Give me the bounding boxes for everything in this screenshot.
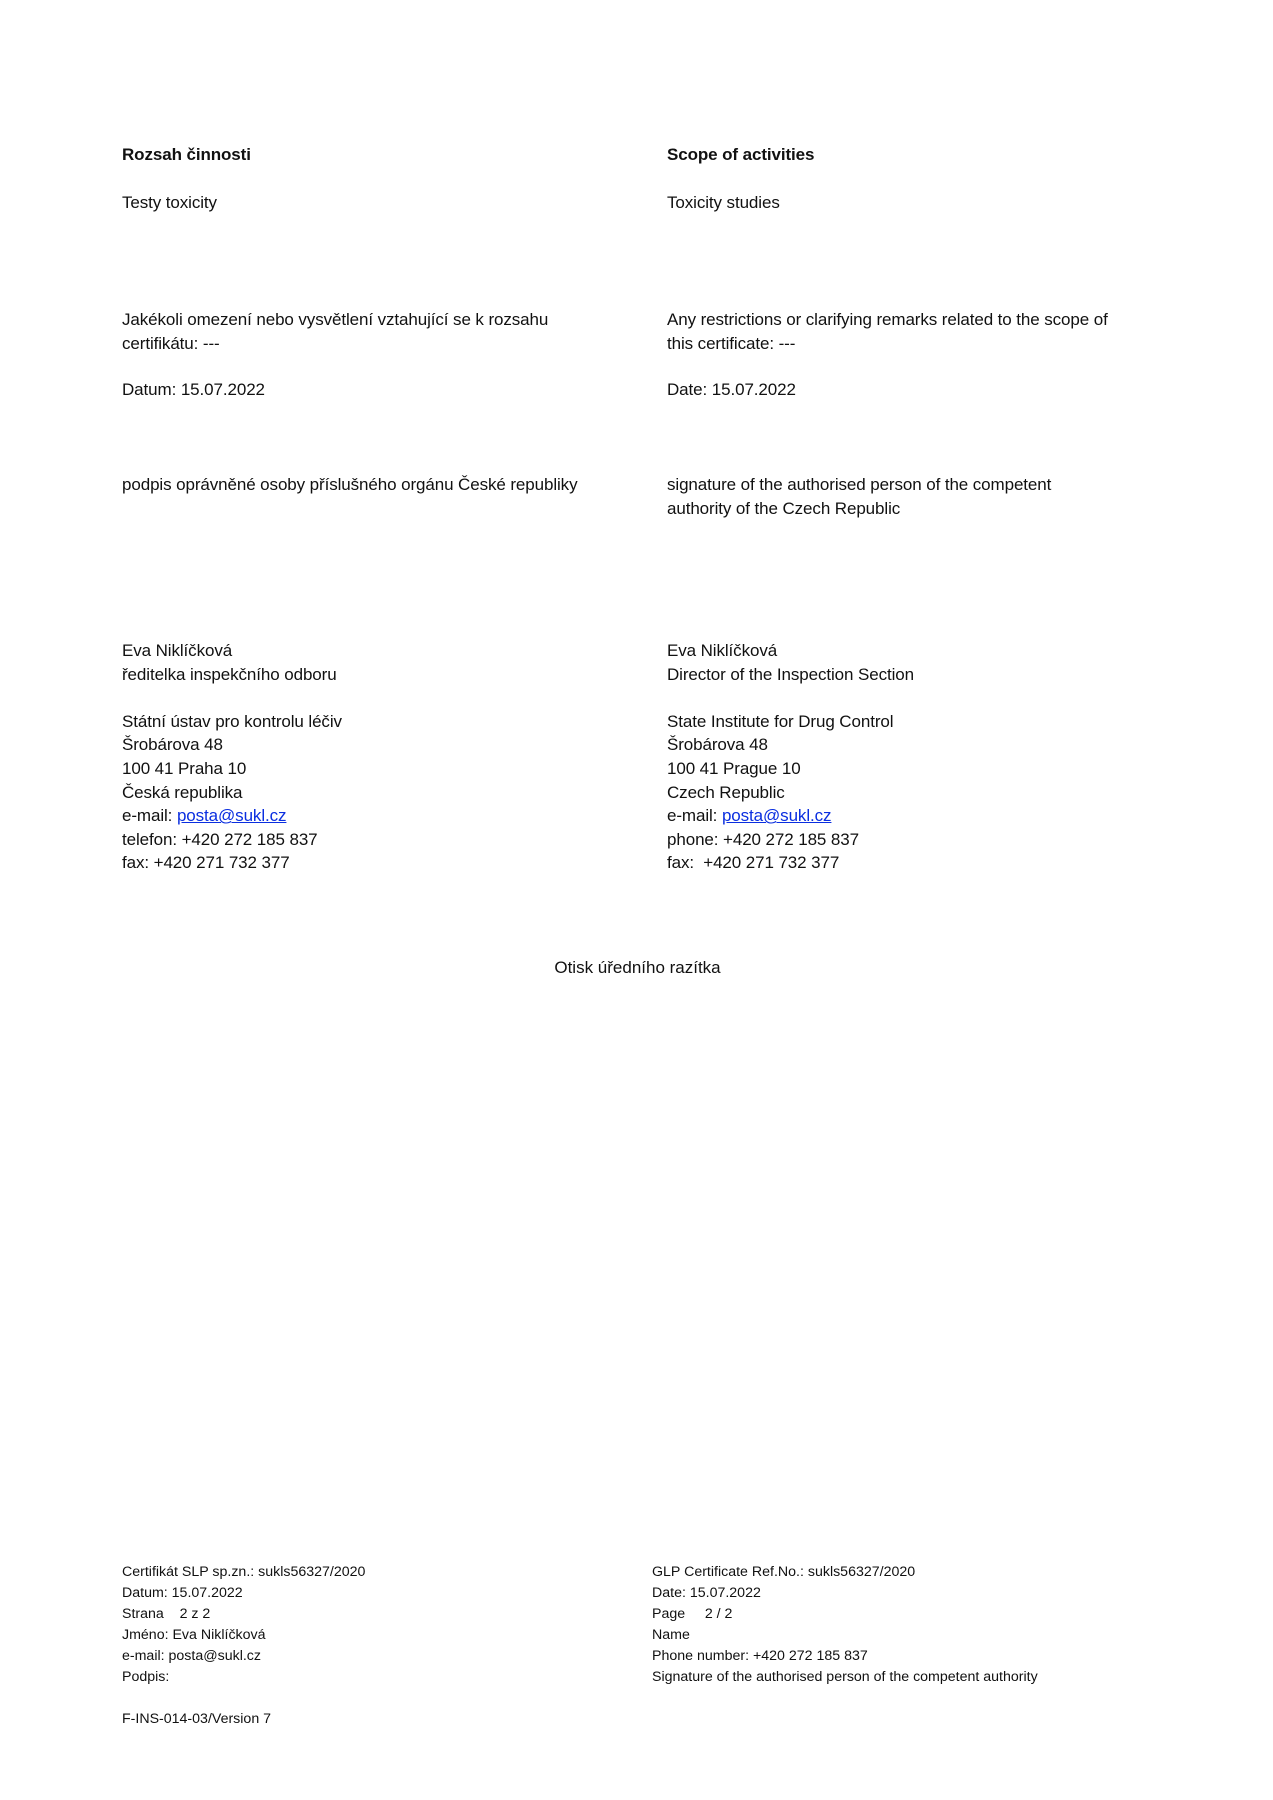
signatory-name-cz: Eva Niklíčková xyxy=(122,639,342,663)
fax-cz: fax: +420 271 732 377 xyxy=(122,851,342,875)
street-cz: Šrobárova 48 xyxy=(122,733,342,757)
city-cz: 100 41 Praha 10 xyxy=(122,757,342,781)
footer-form-id: F-INS-014-03/Version 7 xyxy=(122,1709,365,1730)
footer-en-ref: GLP Certificate Ref.No.: sukls56327/2020 xyxy=(652,1562,1038,1583)
signature-label-en-line2: authority of the Czech Republic xyxy=(667,497,1051,521)
scope-heading-en: Scope of activities xyxy=(667,143,814,167)
restrictions-en-line1: Any restrictions or clarifying remarks r… xyxy=(667,308,1108,332)
footer-en: GLP Certificate Ref.No.: sukls56327/2020… xyxy=(652,1562,1038,1688)
signatory-block-cz: Eva Niklíčková ředitelka inspekčního odb… xyxy=(122,639,342,875)
street-en: Šrobárova 48 xyxy=(667,733,914,757)
scope-value-cz: Testy toxicity xyxy=(122,191,217,215)
footer-en-page: Page 2 / 2 xyxy=(652,1604,1038,1625)
fax-en: fax: +420 271 732 377 xyxy=(667,851,914,875)
restrictions-en: Any restrictions or clarifying remarks r… xyxy=(667,308,1108,355)
signature-label-en: signature of the authorised person of th… xyxy=(667,473,1051,520)
restrictions-cz: Jakékoli omezení nebo vysvětlení vztahuj… xyxy=(122,308,548,355)
restrictions-en-line2: this certificate: --- xyxy=(667,332,1108,356)
institution-cz: Státní ústav pro kontrolu léčiv xyxy=(122,710,342,734)
stamp-label: Otisk úředního razítka xyxy=(554,958,720,977)
signature-label-cz: podpis oprávněné osoby příslušného orgán… xyxy=(122,473,577,497)
scope-value-en: Toxicity studies xyxy=(667,191,780,215)
country-en: Czech Republic xyxy=(667,781,914,805)
signatory-title-cz: ředitelka inspekčního odboru xyxy=(122,663,342,687)
footer-cz: Certifikát SLP sp.zn.: sukls56327/2020 D… xyxy=(122,1562,365,1730)
city-en: 100 41 Prague 10 xyxy=(667,757,914,781)
stamp-label-row: Otisk úředního razítka xyxy=(0,956,1273,980)
footer-en-signature: Signature of the authorised person of th… xyxy=(652,1667,1038,1688)
email-label-en: e-mail: xyxy=(667,806,722,825)
footer-cz-date: Datum: 15.07.2022 xyxy=(122,1583,365,1604)
email-row-en: e-mail: posta@sukl.cz xyxy=(667,804,914,828)
date-cz: Datum: 15.07.2022 xyxy=(122,378,265,402)
phone-en: phone: +420 272 185 837 xyxy=(667,828,914,852)
email-label-cz: e-mail: xyxy=(122,806,177,825)
signatory-name-en: Eva Niklíčková xyxy=(667,639,914,663)
institution-en: State Institute for Drug Control xyxy=(667,710,914,734)
restrictions-cz-line2: certifikátu: --- xyxy=(122,332,548,356)
footer-cz-signature: Podpis: xyxy=(122,1667,365,1688)
scope-heading-cz: Rozsah činnosti xyxy=(122,143,251,167)
footer-cz-email: e-mail: posta@sukl.cz xyxy=(122,1646,365,1667)
signatory-title-en: Director of the Inspection Section xyxy=(667,663,914,687)
footer-cz-ref: Certifikát SLP sp.zn.: sukls56327/2020 xyxy=(122,1562,365,1583)
footer-cz-name: Jméno: Eva Niklíčková xyxy=(122,1625,365,1646)
date-en: Date: 15.07.2022 xyxy=(667,378,796,402)
signature-label-en-line1: signature of the authorised person of th… xyxy=(667,473,1051,497)
footer-en-name: Name xyxy=(652,1625,1038,1646)
footer-cz-page: Strana 2 z 2 xyxy=(122,1604,365,1625)
phone-cz: telefon: +420 272 185 837 xyxy=(122,828,342,852)
country-cz: Česká republika xyxy=(122,781,342,805)
email-link-cz[interactable]: posta@sukl.cz xyxy=(177,806,287,825)
email-link-en[interactable]: posta@sukl.cz xyxy=(722,806,832,825)
restrictions-cz-line1: Jakékoli omezení nebo vysvětlení vztahuj… xyxy=(122,308,548,332)
email-row-cz: e-mail: posta@sukl.cz xyxy=(122,804,342,828)
signatory-block-en: Eva Niklíčková Director of the Inspectio… xyxy=(667,639,914,875)
footer-en-phone: Phone number: +420 272 185 837 xyxy=(652,1646,1038,1667)
footer-en-date: Date: 15.07.2022 xyxy=(652,1583,1038,1604)
